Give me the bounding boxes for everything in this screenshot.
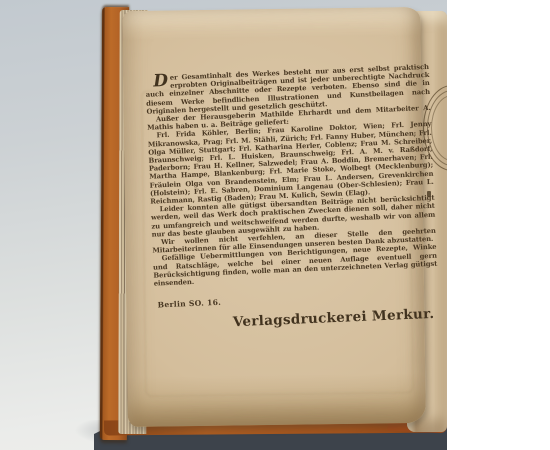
page-text-block: Der Gesamtinhalt des Werkes besteht nur … bbox=[145, 63, 440, 334]
contributors-paragraph: Frl. Frida Köhler, Berlin; Frau Karoline… bbox=[147, 120, 434, 206]
book-photograph: Der Gesamtinhalt des Werkes besteht nur … bbox=[0, 0, 447, 450]
white-margin bbox=[447, 0, 550, 450]
left-page: Der Gesamtinhalt des Werkes besteht nur … bbox=[122, 7, 426, 427]
screenshot-canvas: Der Gesamtinhalt des Werkes besteht nur … bbox=[0, 0, 550, 450]
drop-cap-initial: D bbox=[153, 75, 168, 89]
place-line: Berlin SO. 16. bbox=[157, 289, 438, 310]
